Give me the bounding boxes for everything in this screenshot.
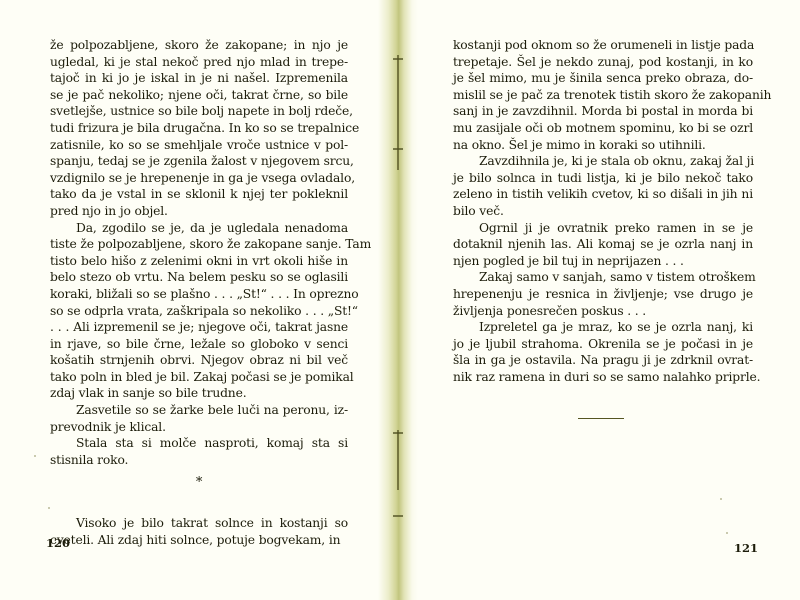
text-line: zeleno in tistih velikih cvetov, ki so d… [453,186,753,203]
text-line: hrepenenju je resnica in življenje; vse … [453,286,753,303]
text-line: sanj in je zavzdihnil. Morda bi postal i… [453,103,753,120]
section-gap [50,498,348,515]
text-line: košatih strnjenih obrvi. Njegov obraz ni… [50,352,348,369]
text-line: belo stezo ob vrtu. Na belem pesku so se… [50,269,348,286]
text-line: tudi frizura je bila drugačna. In ko so … [50,120,348,137]
paper-speck [34,455,36,457]
text-line: jo je ljubil strahoma. Okrenila se je po… [453,336,753,353]
text-line: Ogrnil ji je ovratnik preko ramen in se … [453,220,753,237]
binding-stitch [393,515,403,517]
left-page-text: že polpozabljene, skoro že zakopane; in … [50,37,348,548]
text-line: pred njo in jo objel. [50,203,348,220]
text-line: življenja ponesrečen poskus . . . [453,303,753,320]
text-line: je šel mimo, mu je šinila senca preko ob… [453,70,753,87]
paper-speck [48,507,50,509]
text-line: ugledal, ki je stal nekoč pred njo mlad … [50,54,348,71]
text-line: . . . Ali izpremenil se je; njegove oči,… [50,319,348,336]
text-line: mislil se je pač za trenotek tistih skor… [453,87,753,104]
text-line: in rjave, so bile črne, ležale so globok… [50,336,348,353]
text-line: stisnila roko. [50,452,348,469]
right-page: kostanji pod oknom so že orumeneli in li… [410,0,800,600]
book-spread: že polpozabljene, skoro že zakopane; in … [0,0,800,600]
text-line: Stala sta si molče nasproti, komaj sta s… [50,435,348,452]
paper-speck [720,498,722,500]
text-line: Da, zgodilo se je, da je ugledala nenado… [50,220,348,237]
text-line: Zakaj samo v sanjah, samo v tistem otroš… [453,269,753,286]
text-line: so se odprla vrata, zaškripala so nekoli… [50,303,348,320]
binding-stitch [393,432,403,434]
text-line: tisto belo hišo z zelenimi okni in vrt o… [50,253,348,270]
text-line: prevodnik je klical. [50,419,348,436]
section-break-asterisk: * [50,468,348,498]
end-of-chapter-rule [578,418,624,419]
text-line: kostanji pod oknom so že orumeneli in li… [453,37,753,54]
right-page-text: kostanji pod oknom so že orumeneli in li… [453,37,753,385]
paper-speck [726,532,728,534]
text-line: je bilo solnca in tudi listja, ki je bil… [453,170,753,187]
text-line: spanju, tedaj se je zgenila žalost v nje… [50,153,348,170]
text-line: Zasvetile so se žarke bele luči na peron… [50,402,348,419]
text-line: svetlejše, ustnice so bile bolj napete i… [50,103,348,120]
text-line: šla in ga je ostavila. Na pragu ji je zd… [453,352,753,369]
text-line: nik raz ramena in duri so se samo nalahk… [453,369,753,386]
text-line: zdaj vlak in sanje so bile trudne. [50,385,348,402]
text-line: mu zasijale oči ob motnem spominu, ko bi… [453,120,753,137]
text-line: tiste že polpozabljene, skoro že zakopan… [50,236,348,253]
text-line: dotaknil njenih las. Ali komaj se je ozr… [453,236,753,253]
text-line: cveteli. Ali zdaj hiti solnce, potuje bo… [50,532,348,549]
binding-thread [397,430,399,490]
binding-thread [397,55,399,170]
text-line: se je pač nekoliko; njene oči, takrat čr… [50,87,348,104]
text-line: bilo več. [453,203,753,220]
text-line: Zavzdihnila je, ki je stala ob oknu, zak… [453,153,753,170]
text-line: njen pogled je bil tuj in neprijazen . .… [453,253,753,270]
binding-stitch [393,58,403,60]
text-line: koraki, bližali so se plašno . . . „St!“… [50,286,348,303]
binding-stitch [393,148,403,150]
text-line: Visoko je bilo takrat solnce in kostanji… [50,515,348,532]
text-line: tako da je vstal in se sklonil k njej te… [50,186,348,203]
text-line: zatisnile, ko so se smehljale vroče ustn… [50,137,348,154]
text-line: tajoč in ki jo je iskal in je ni našel. … [50,70,348,87]
text-line: Izpreletel ga je mraz, ko se je ozrla na… [453,319,753,336]
page-number-right: 121 [734,541,758,555]
text-line: trepetaje. Šel je nekdo zunaj, pod kosta… [453,54,753,71]
left-page: že polpozabljene, skoro že zakopane; in … [0,0,390,600]
text-line: na okno. Šel je mimo in koraki so utihni… [453,137,753,154]
text-line: vzdignilo se je hrepenenje in ga je vseg… [50,170,348,187]
page-number-left: 120 [46,536,70,550]
text-line: že polpozabljene, skoro že zakopane; in … [50,37,348,54]
text-line: tako poln in bled je bil. Zakaj počasi s… [50,369,348,386]
